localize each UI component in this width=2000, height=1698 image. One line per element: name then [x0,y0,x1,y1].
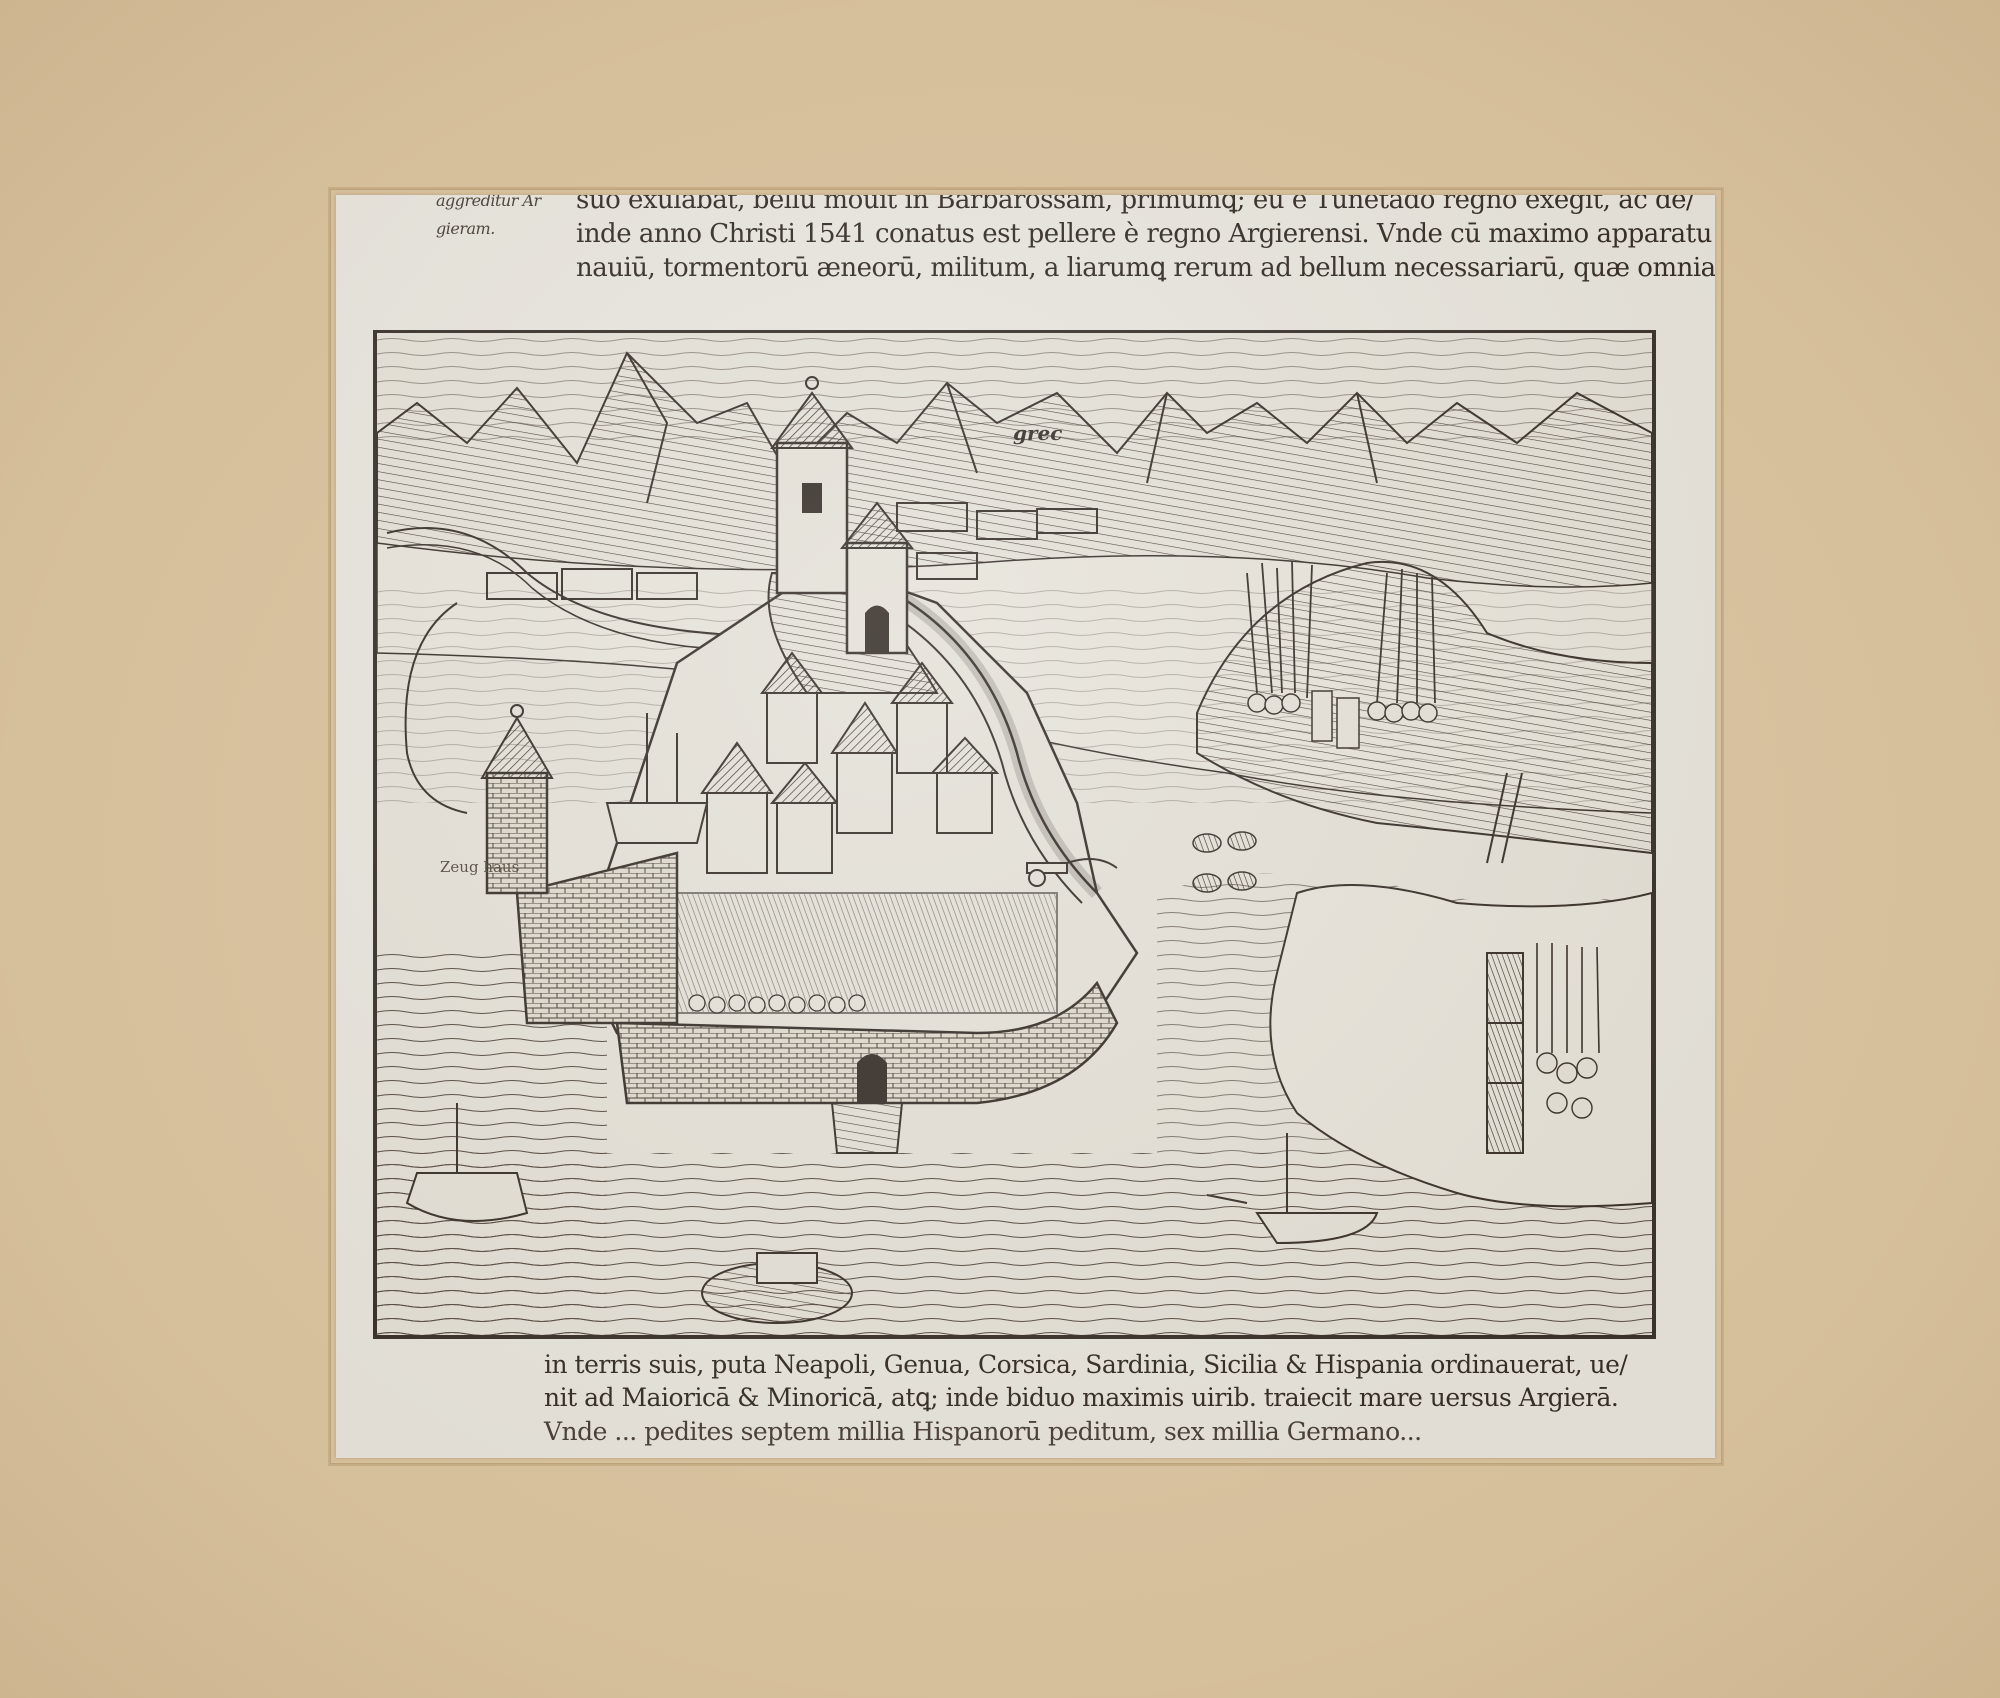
top-text-line-1: suo exulabat, bellū mouit in Barbarossam… [576,195,1694,215]
bottom-text-line-3-cut: Vnde ... pedites septem millia Hispanorū… [544,1417,1422,1446]
bottom-text-line-2: nit ad Maioricā & Minoricā, atꝗ; inde bi… [544,1383,1618,1412]
top-text-line-2: inde anno Christi 1541 conatus est pelle… [576,219,1712,249]
side-note-line-2: gieram. [436,219,495,238]
map-illustration [377,333,1652,1335]
label-grec: grec [1013,421,1062,445]
label-zeug-haus: Zeug haus [440,858,519,876]
side-note-line-1: aggreditur Ar [436,195,541,210]
bottom-text-line-1: in terris suis, puta Neapoli, Genua, Cor… [544,1350,1627,1379]
woodcut-map: grec Zeug haus Iulia Cæsarea [373,330,1656,1339]
top-text-line-3: nauiū, tormentorū æneorū, militum, a lia… [576,253,1715,283]
woodcut-leaf: aggreditur Ar gieram. suo exulabat, bell… [336,195,1715,1458]
